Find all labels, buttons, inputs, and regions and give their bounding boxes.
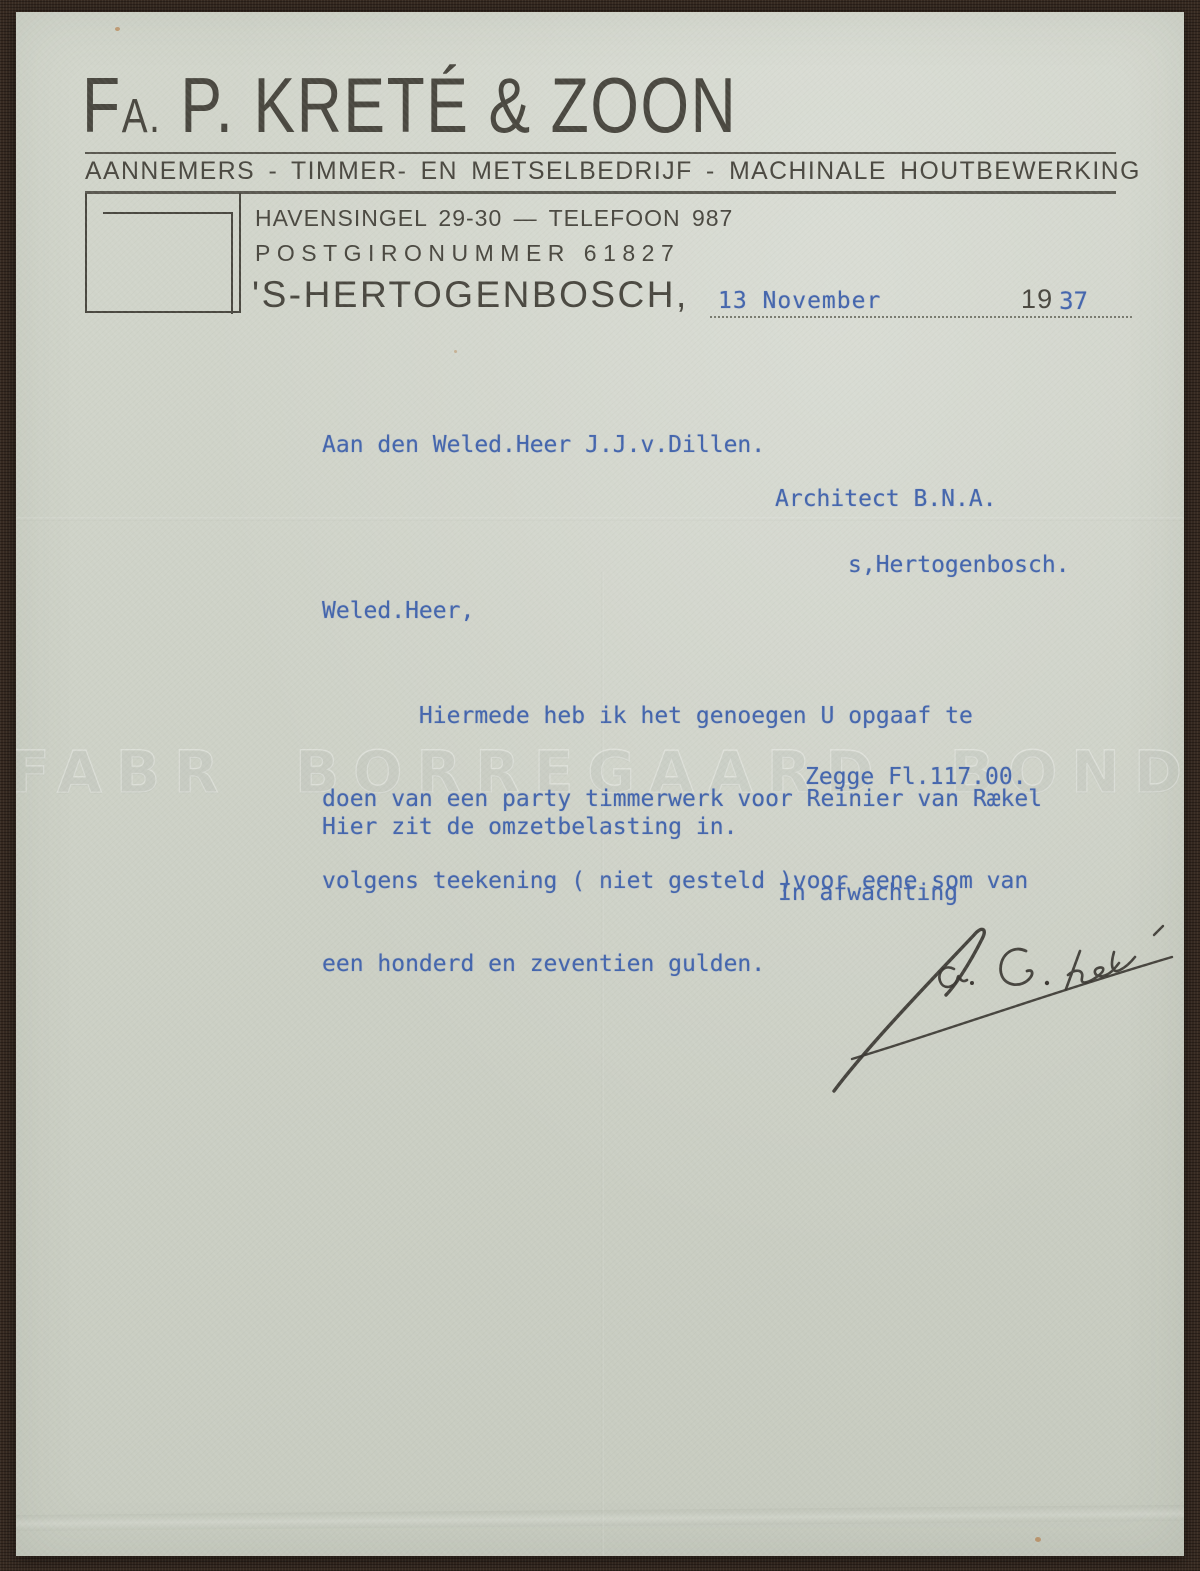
recipient-line-3: s,Hertogenbosch. bbox=[848, 552, 1070, 580]
date-year-typed: 37 bbox=[1059, 287, 1088, 316]
closing-line: In afwachting bbox=[778, 880, 958, 908]
company-name-rest: P. KRETÉ & ZOON bbox=[161, 61, 737, 149]
fold-crease-bottom bbox=[16, 1505, 1184, 1531]
tax-line: Hier zit de omzetbelasting in. bbox=[322, 814, 737, 842]
date-year-printed: 19 bbox=[1021, 284, 1053, 316]
signature-handwriting bbox=[804, 907, 1180, 1107]
salutation: Weled.Heer, bbox=[322, 598, 474, 626]
fold-crease-top bbox=[16, 517, 1184, 521]
body-line-1: Hiermede heb ik het genoegen U opgaaf te bbox=[322, 703, 1042, 731]
date-line: 13 November 19 37 bbox=[710, 284, 1132, 318]
foxing-speck bbox=[454, 350, 457, 353]
company-name: FA. P. KRETÉ & ZOON bbox=[82, 66, 737, 144]
fold-crease-vertical bbox=[601, 572, 604, 1556]
postgiro-line: POSTGIRONUMMER 61827 bbox=[255, 240, 680, 267]
logo-box-inner bbox=[103, 212, 233, 314]
foxing-speck bbox=[115, 27, 120, 31]
company-name-smallcap: A. bbox=[122, 89, 162, 143]
letter-paper: FA. P. KRETÉ & ZOON AANNEMERS - TIMMER- … bbox=[16, 12, 1184, 1556]
city-line: 'S-HERTOGENBOSCH, bbox=[252, 274, 689, 316]
company-name-initial: F bbox=[82, 61, 122, 149]
watermark-left: FABR bbox=[16, 738, 233, 806]
address-line: HAVENSINGEL 29-30 — TELEFOON 987 bbox=[255, 205, 733, 232]
header-rule-top bbox=[85, 152, 1116, 154]
recipient-line-1: Aan den Weled.Heer J.J.v.Dillen. bbox=[322, 432, 765, 460]
scan-background: FA. P. KRETÉ & ZOON AANNEMERS - TIMMER- … bbox=[0, 0, 1200, 1571]
company-tagline: AANNEMERS - TIMMER- EN METSELBEDRIJF - M… bbox=[85, 159, 1106, 184]
date-day-month: 13 November bbox=[718, 288, 881, 316]
foxing-speck bbox=[1035, 1537, 1041, 1542]
amount-line: Zegge Fl.117.00. bbox=[805, 764, 1027, 792]
recipient-line-2: Architect B.N.A. bbox=[775, 486, 997, 514]
